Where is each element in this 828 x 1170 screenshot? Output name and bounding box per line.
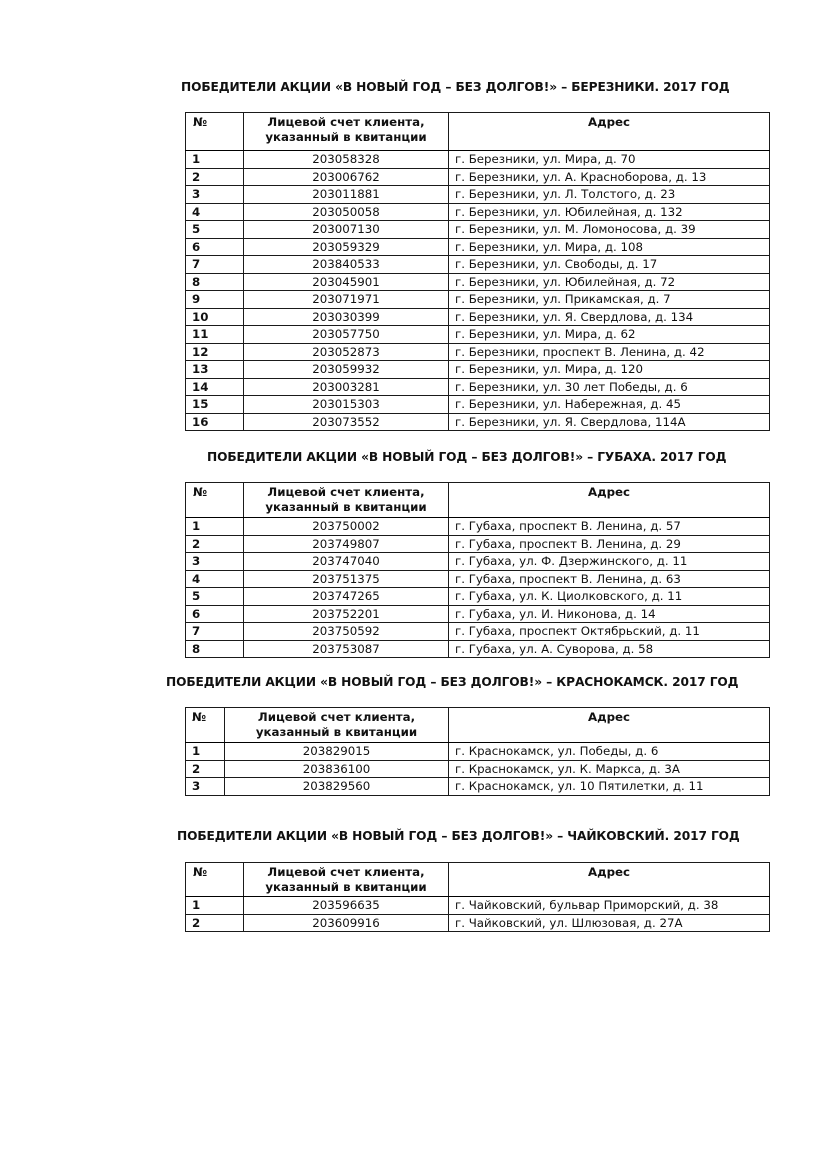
row-address: г. Березники, ул. Л. Толстого, д. 23 [449, 186, 770, 204]
row-account: 203609916 [244, 914, 449, 932]
row-num: 14 [186, 378, 244, 396]
row-num: 8 [186, 640, 244, 658]
row-num: 12 [186, 343, 244, 361]
section-title-gubakha: ПОБЕДИТЕЛИ АКЦИИ «В НОВЫЙ ГОД – БЕЗ ДОЛГ… [207, 450, 726, 464]
header-account-line2: указанный в квитанции [265, 130, 426, 144]
table-row: 1203596635г. Чайковский, бульвар Приморс… [186, 897, 770, 915]
winners-table-berezniki: № Лицевой счет клиента, указанный в квит… [185, 112, 770, 431]
row-account: 203030399 [244, 308, 449, 326]
row-num: 15 [186, 396, 244, 414]
table-row: 4203050058г. Березники, ул. Юбилейная, д… [186, 203, 770, 221]
row-account: 203058328 [244, 151, 449, 169]
row-num: 16 [186, 413, 244, 431]
row-num: 4 [186, 203, 244, 221]
table-body: 1203750002г. Губаха, проспект В. Ленина,… [186, 518, 770, 658]
row-address: г. Губаха, проспект В. Ленина, д. 63 [449, 570, 770, 588]
row-address: г. Березники, ул. Мира, д. 62 [449, 326, 770, 344]
row-address: г. Березники, ул. А. Красноборова, д. 13 [449, 168, 770, 186]
row-address: г. Губаха, проспект Октябрьский, д. 11 [449, 623, 770, 641]
row-account: 203840533 [244, 256, 449, 274]
row-account: 203829015 [225, 743, 449, 761]
row-account: 203011881 [244, 186, 449, 204]
row-account: 203007130 [244, 221, 449, 239]
table-body: 1203829015г. Краснокамск, ул. Победы, д.… [186, 743, 770, 796]
header-account: Лицевой счет клиента, указанный в квитан… [225, 708, 449, 743]
row-address: г. Березники, ул. Набережная, д. 45 [449, 396, 770, 414]
table-header-row: № Лицевой счет клиента, указанный в квит… [186, 863, 770, 897]
row-account: 203015303 [244, 396, 449, 414]
table-row: 2203749807г. Губаха, проспект В. Ленина,… [186, 535, 770, 553]
row-address: г. Краснокамск, ул. Победы, д. 6 [449, 743, 770, 761]
row-address: г. Березники, ул. Я. Свердлова, 114А [449, 413, 770, 431]
row-account: 203059329 [244, 238, 449, 256]
row-address: г. Краснокамск, ул. 10 Пятилетки, д. 11 [449, 778, 770, 796]
header-account: Лицевой счет клиента, указанный в квитан… [244, 113, 449, 151]
header-num: № [186, 483, 244, 518]
header-account: Лицевой счет клиента, указанный в квитан… [244, 483, 449, 518]
table-row: 11203057750г. Березники, ул. Мира, д. 62 [186, 326, 770, 344]
row-num: 5 [186, 588, 244, 606]
row-address: г. Губаха, ул. И. Никонова, д. 14 [449, 605, 770, 623]
table-header-row: № Лицевой счет клиента, указанный в квит… [186, 483, 770, 518]
row-num: 6 [186, 238, 244, 256]
row-account: 203057750 [244, 326, 449, 344]
table-row: 8203045901г. Березники, ул. Юбилейная, д… [186, 273, 770, 291]
row-num: 3 [186, 553, 244, 571]
row-address: г. Березники, проспект В. Ленина, д. 42 [449, 343, 770, 361]
header-address: Адрес [449, 863, 770, 897]
header-account-line2: указанный в квитанции [265, 500, 426, 514]
table-row: 2203609916г. Чайковский, ул. Шлюзовая, д… [186, 914, 770, 932]
row-account: 203752201 [244, 605, 449, 623]
table-row: 3203011881г. Березники, ул. Л. Толстого,… [186, 186, 770, 204]
table-row: 7203750592г. Губаха, проспект Октябрьски… [186, 623, 770, 641]
row-account: 203071971 [244, 291, 449, 309]
row-address: г. Березники, ул. 30 лет Победы, д. 6 [449, 378, 770, 396]
header-num: № [186, 863, 244, 897]
row-num: 10 [186, 308, 244, 326]
table-row: 2203836100г. Краснокамск, ул. К. Маркса,… [186, 760, 770, 778]
row-account: 203052873 [244, 343, 449, 361]
section-title-krasnokamsk: ПОБЕДИТЕЛИ АКЦИИ «В НОВЫЙ ГОД – БЕЗ ДОЛГ… [166, 675, 738, 689]
row-account: 203596635 [244, 897, 449, 915]
table-row: 13203059932г. Березники, ул. Мира, д. 12… [186, 361, 770, 379]
row-address: г. Березники, ул. Мира, д. 70 [449, 151, 770, 169]
row-address: г. Березники, ул. Свободы, д. 17 [449, 256, 770, 274]
header-num: № [186, 113, 244, 151]
section-title-berezniki: ПОБЕДИТЕЛИ АКЦИИ «В НОВЫЙ ГОД – БЕЗ ДОЛГ… [181, 80, 729, 94]
table-row: 10203030399г. Березники, ул. Я. Свердлов… [186, 308, 770, 326]
row-num: 1 [186, 743, 225, 761]
table-row: 8203753087г. Губаха, ул. А. Суворова, д.… [186, 640, 770, 658]
header-address: Адрес [449, 483, 770, 518]
row-account: 203829560 [225, 778, 449, 796]
row-account: 203045901 [244, 273, 449, 291]
row-num: 1 [186, 897, 244, 915]
row-account: 203059932 [244, 361, 449, 379]
row-num: 9 [186, 291, 244, 309]
table-row: 3203829560г. Краснокамск, ул. 10 Пятилет… [186, 778, 770, 796]
header-address: Адрес [449, 708, 770, 743]
row-address: г. Губаха, ул. А. Суворова, д. 58 [449, 640, 770, 658]
row-address: г. Березники, ул. Я. Свердлова, д. 134 [449, 308, 770, 326]
row-account: 203073552 [244, 413, 449, 431]
winners-table-gubakha: № Лицевой счет клиента, указанный в квит… [185, 482, 770, 658]
row-num: 2 [186, 535, 244, 553]
row-account: 203003281 [244, 378, 449, 396]
row-address: г. Березники, ул. Прикамская, д. 7 [449, 291, 770, 309]
row-num: 8 [186, 273, 244, 291]
row-address: г. Березники, ул. Мира, д. 108 [449, 238, 770, 256]
row-account: 203050058 [244, 203, 449, 221]
row-address: г. Березники, ул. Юбилейная, д. 72 [449, 273, 770, 291]
table-body: 1203596635г. Чайковский, бульвар Приморс… [186, 897, 770, 932]
row-address: г. Губаха, проспект В. Ленина, д. 57 [449, 518, 770, 536]
table-row: 15203015303г. Березники, ул. Набережная,… [186, 396, 770, 414]
table-header-row: № Лицевой счет клиента, указанный в квит… [186, 708, 770, 743]
row-num: 2 [186, 760, 225, 778]
header-account-line1: Лицевой счет клиента, [267, 485, 424, 499]
row-account: 203751375 [244, 570, 449, 588]
row-address: г. Губаха, ул. Ф. Дзержинского, д. 11 [449, 553, 770, 571]
row-account: 203836100 [225, 760, 449, 778]
row-address: г. Краснокамск, ул. К. Маркса, д. 3А [449, 760, 770, 778]
table-header-row: № Лицевой счет клиента, указанный в квит… [186, 113, 770, 151]
header-account-line2: указанный в квитанции [265, 880, 426, 894]
row-num: 13 [186, 361, 244, 379]
table-row: 6203752201г. Губаха, ул. И. Никонова, д.… [186, 605, 770, 623]
header-address: Адрес [449, 113, 770, 151]
table-row: 6203059329г. Березники, ул. Мира, д. 108 [186, 238, 770, 256]
row-account: 203750002 [244, 518, 449, 536]
header-account: Лицевой счет клиента, указанный в квитан… [244, 863, 449, 897]
row-address: г. Чайковский, бульвар Приморский, д. 38 [449, 897, 770, 915]
table-row: 1203829015г. Краснокамск, ул. Победы, д.… [186, 743, 770, 761]
row-num: 4 [186, 570, 244, 588]
row-address: г. Березники, ул. Мира, д. 120 [449, 361, 770, 379]
row-address: г. Березники, ул. Юбилейная, д. 132 [449, 203, 770, 221]
row-address: г. Березники, ул. М. Ломоносова, д. 39 [449, 221, 770, 239]
row-num: 7 [186, 623, 244, 641]
table-row: 3203747040г. Губаха, ул. Ф. Дзержинского… [186, 553, 770, 571]
row-account: 203747265 [244, 588, 449, 606]
row-account: 203753087 [244, 640, 449, 658]
row-num: 6 [186, 605, 244, 623]
table-row: 5203007130г. Березники, ул. М. Ломоносов… [186, 221, 770, 239]
table-row: 14203003281г. Березники, ул. 30 лет Побе… [186, 378, 770, 396]
winners-table-krasnokamsk: № Лицевой счет клиента, указанный в квит… [185, 707, 770, 796]
table-row: 16203073552г. Березники, ул. Я. Свердлов… [186, 413, 770, 431]
row-address: г. Губаха, ул. К. Циолковского, д. 11 [449, 588, 770, 606]
row-num: 3 [186, 186, 244, 204]
row-num: 2 [186, 914, 244, 932]
header-account-line2: указанный в квитанции [256, 725, 417, 739]
table-row: 1203750002г. Губаха, проспект В. Ленина,… [186, 518, 770, 536]
row-num: 2 [186, 168, 244, 186]
row-num: 3 [186, 778, 225, 796]
table-row: 4203751375г. Губаха, проспект В. Ленина,… [186, 570, 770, 588]
row-account: 203750592 [244, 623, 449, 641]
row-num: 1 [186, 151, 244, 169]
row-num: 5 [186, 221, 244, 239]
row-account: 203749807 [244, 535, 449, 553]
table-row: 12203052873г. Березники, проспект В. Лен… [186, 343, 770, 361]
section-title-chaikovsky: ПОБЕДИТЕЛИ АКЦИИ «В НОВЫЙ ГОД – БЕЗ ДОЛГ… [177, 829, 740, 843]
table-row: 5203747265г. Губаха, ул. К. Циолковского… [186, 588, 770, 606]
row-account: 203006762 [244, 168, 449, 186]
row-num: 11 [186, 326, 244, 344]
winners-table-chaikovsky: № Лицевой счет клиента, указанный в квит… [185, 862, 770, 932]
row-address: г. Чайковский, ул. Шлюзовая, д. 27А [449, 914, 770, 932]
row-num: 7 [186, 256, 244, 274]
header-account-line1: Лицевой счет клиента, [267, 865, 424, 879]
header-num: № [186, 708, 225, 743]
header-account-line1: Лицевой счет клиента, [267, 115, 424, 129]
table-row: 7203840533г. Березники, ул. Свободы, д. … [186, 256, 770, 274]
table-row: 1203058328г. Березники, ул. Мира, д. 70 [186, 151, 770, 169]
table-row: 2203006762г. Березники, ул. А. Краснобор… [186, 168, 770, 186]
row-address: г. Губаха, проспект В. Ленина, д. 29 [449, 535, 770, 553]
table-row: 9203071971г. Березники, ул. Прикамская, … [186, 291, 770, 309]
table-body: 1203058328г. Березники, ул. Мира, д. 702… [186, 151, 770, 431]
row-account: 203747040 [244, 553, 449, 571]
header-account-line1: Лицевой счет клиента, [258, 710, 415, 724]
row-num: 1 [186, 518, 244, 536]
